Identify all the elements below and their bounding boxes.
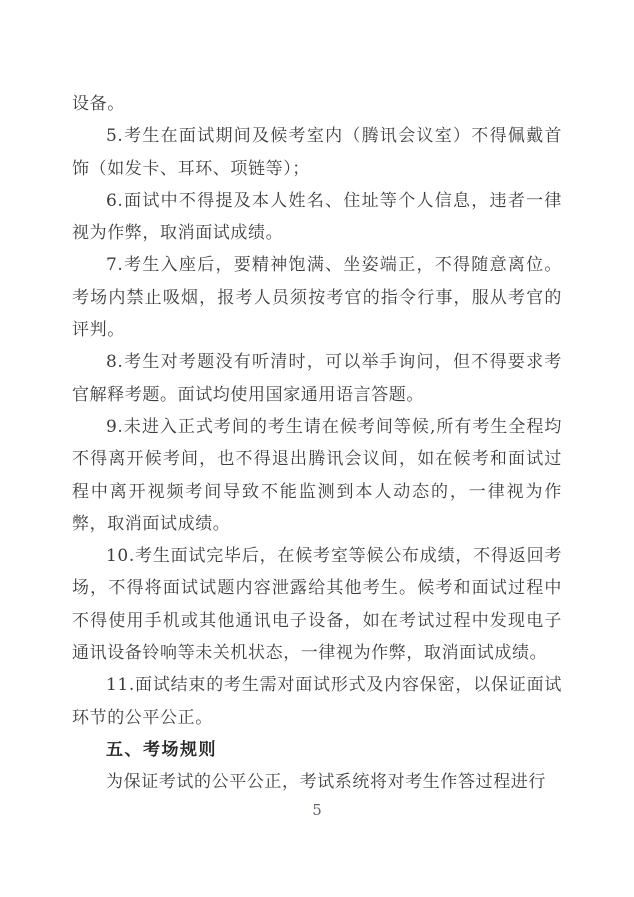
paragraph-continuation: 设备。 bbox=[72, 88, 562, 120]
paragraph-item-6: 6.面试中不得提及本人姓名、住址等个人信息，违者一律视为作弊，取消面试成绩。 bbox=[72, 185, 562, 250]
document-page: 设备。 5.考生在面试期间及候考室内（腾讯会议室）不得佩戴首饰（如发卡、耳环、项… bbox=[0, 0, 634, 897]
paragraph-item-8: 8.考生对考题没有听清时，可以举手询问，但不得要求考官解释考题。面试均使用国家通… bbox=[72, 346, 562, 411]
paragraph-section-intro: 为保证考试的公平公正，考试系统将对考生作答过程进行 bbox=[72, 766, 562, 798]
paragraph-item-9: 9.未进入正式考间的考生请在候考间等候,所有考生全程均不得离开候考间，也不得退出… bbox=[72, 411, 562, 540]
page-footer: 5 bbox=[0, 801, 634, 820]
paragraph-item-7: 7.考生入座后，要精神饱满、坐姿端正，不得随意离位。考场内禁止吸烟，报考人员须按… bbox=[72, 249, 562, 346]
section-heading: 五、考场规则 bbox=[72, 734, 562, 766]
document-content: 设备。 5.考生在面试期间及候考室内（腾讯会议室）不得佩戴首饰（如发卡、耳环、项… bbox=[72, 88, 562, 799]
paragraph-item-11: 11.面试结束的考生需对面试形式及内容保密，以保证面试环节的公平公正。 bbox=[72, 669, 562, 734]
page-number: 5 bbox=[312, 801, 322, 819]
paragraph-item-5: 5.考生在面试期间及候考室内（腾讯会议室）不得佩戴首饰（如发卡、耳环、项链等）； bbox=[72, 120, 562, 185]
paragraph-item-10: 10.考生面试完毕后，在候考室等候公布成绩，不得返回考场，不得将面试试题内容泄露… bbox=[72, 540, 562, 669]
